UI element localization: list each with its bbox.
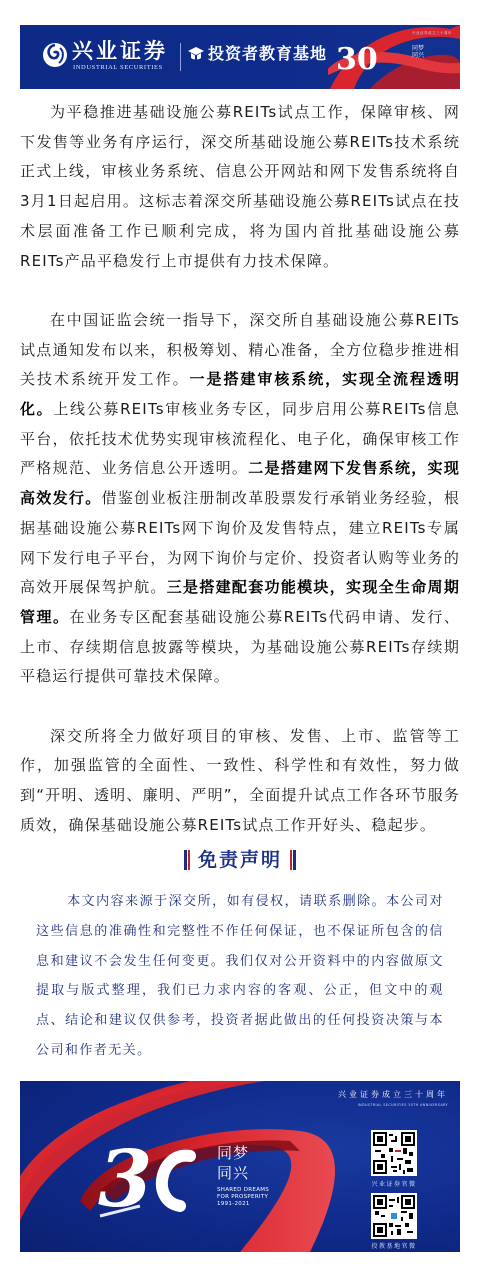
header-banner: 30 兴业证券成立三十周年 同梦 同兴 兴业证券 INDUSTRIAL SECU… (20, 25, 460, 89)
brand-logo-icon (42, 42, 68, 68)
paragraph-3: 深交所将全力做好项目的审核、发售、上市、监管等工作，加强监管的全面性、一致性、科… (20, 722, 460, 841)
slogan-line-2: 同兴 (412, 52, 424, 59)
slogan-small: 同梦 同兴 (412, 45, 424, 59)
slogan-en: SHARED DREAMS FOR PROSPERITY 1991-2021 (217, 1187, 269, 1208)
paragraph-text: 深交所将全力做好项目的审核、发售、上市、监管等工作，加强监管的全面性、一致性、科… (20, 727, 460, 834)
article-body: 为平稳推进基础设施公募REITs试点工作，保障审核、网下发售等业务有序运行，深交… (20, 98, 460, 841)
qr-code-icon[interactable] (371, 1193, 417, 1239)
paragraph-text: 为平稳推进基础设施公募REITs试点工作，保障审核、网下发售等业务有序运行，深交… (20, 103, 460, 270)
graduation-cap-icon (188, 46, 204, 62)
svg-text:30: 30 (336, 42, 378, 77)
title-bar-right-icon (290, 850, 296, 870)
qr-caption-1: 兴业证券官微 (364, 1179, 424, 1188)
paragraph-1: 为平稳推进基础设施公募REITs试点工作，保障审核、网下发售等业务有序运行，深交… (20, 98, 460, 276)
years-range: 1991-2021 (217, 1201, 269, 1208)
anniversary-title: 兴业证券成立三十周年 (338, 1089, 448, 1100)
slogan-line-1: 同梦 (412, 45, 424, 52)
slogan-cn: 同梦 同兴 (217, 1143, 249, 1183)
paragraph-2: 在中国证监会统一指导下，深交所自基础设施公募REITs试点通知发布以来，积极筹划… (20, 306, 460, 692)
title-bar-left-icon (184, 850, 190, 870)
slogan-en-line-1: SHARED DREAMS (217, 1187, 269, 1194)
disclaimer-body: 本文内容来源于深交所，如有侵权，请联系删除。本公司对这些信息的准确性和完整性不作… (36, 887, 444, 1066)
disclaimer-title: 免责声明 (198, 848, 282, 872)
divider (180, 43, 181, 71)
anniversary-subtitle: INDUSTRIAL SECURITIES 30TH ANNIVERSARY (358, 1103, 448, 1107)
brand-name-en: INDUSTRIAL SECURITIES (73, 64, 163, 71)
brand-name: 兴业证券 (72, 39, 168, 63)
slogan-line-1: 同梦 (217, 1143, 249, 1163)
svg-text:3: 3 (98, 1134, 152, 1225)
anniversary-caption: 兴业证券成立三十周年 (412, 31, 452, 36)
paragraph-text: 在业务专区配套基础设施公募REITs代码申请、发行、上市、存续期信息披露等模块，… (20, 608, 460, 685)
qr-code-icon[interactable] (371, 1130, 417, 1176)
disclaimer-heading: 免责声明 (0, 848, 480, 878)
section-title: 投资者教育基地 (208, 44, 327, 64)
footer-banner: 3 兴业证券成立三十周年 INDUSTRIAL SECURITIES 30TH … (20, 1081, 460, 1252)
disclaimer-text: 本文内容来源于深交所，如有侵权，请联系删除。本公司对这些信息的准确性和完整性不作… (36, 887, 444, 1066)
qr-caption-2: 投教基地官微 (364, 1241, 424, 1250)
slogan-en-line-2: FOR PROSPERITY (217, 1194, 269, 1201)
slogan-line-2: 同兴 (217, 1163, 249, 1183)
